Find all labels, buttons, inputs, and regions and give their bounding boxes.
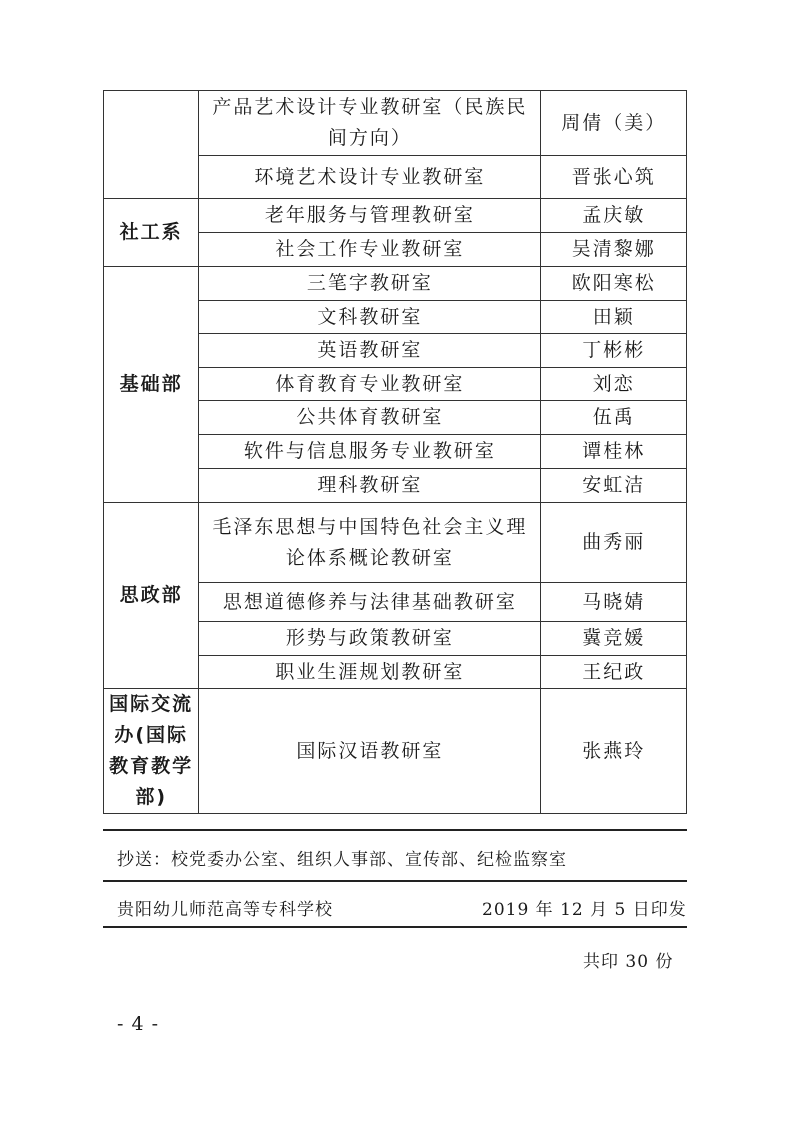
director-name-cell: 孟庆敏 [541,199,687,233]
department-cell: 国际交流办(国际教育教学部) [104,689,199,814]
department-cell: 思政部 [104,503,199,689]
copies-count: 共印 30 份 [583,947,673,972]
table-row: 国际交流办(国际教育教学部)国际汉语教研室张燕玲 [104,689,687,814]
cc-line: 抄送：校党委办公室、组织人事部、宣传部、纪检监察室 [117,845,567,870]
director-name-cell: 田颖 [541,301,687,334]
page-number: - 4 - [117,1013,159,1035]
director-name-cell: 冀竞媛 [541,622,687,656]
divider-middle [103,880,687,882]
divider-bottom [103,926,687,928]
director-name-cell: 马晓婧 [541,583,687,622]
office-cell: 思想道德修养与法律基础教研室 [199,583,541,622]
department-cell: 基础部 [104,267,199,503]
table-row: 产品艺术设计专业教研室（民族民间方向）周倩（美） [104,91,687,156]
office-cell: 理科教研室 [199,469,541,503]
office-cell: 公共体育教研室 [199,401,541,435]
department-cell: 社工系 [104,199,199,267]
director-name-cell: 张燕玲 [541,689,687,814]
table-row: 基础部三笔字教研室欧阳寒松 [104,267,687,301]
director-name-cell: 刘恋 [541,368,687,401]
office-cell: 国际汉语教研室 [199,689,541,814]
director-name-cell: 王纪政 [541,656,687,689]
office-cell: 形势与政策教研室 [199,622,541,656]
office-cell: 社会工作专业教研室 [199,233,541,267]
director-name-cell: 丁彬彬 [541,334,687,368]
office-cell: 英语教研室 [199,334,541,368]
director-name-cell: 吴清黎娜 [541,233,687,267]
department-cell [104,91,199,199]
director-name-cell: 安虹洁 [541,469,687,503]
office-cell: 毛泽东思想与中国特色社会主义理论体系概论教研室 [199,503,541,583]
divider-top [103,829,687,831]
issue-date: 2019 年 12 月 5 日印发 [482,895,687,920]
director-name-cell: 欧阳寒松 [541,267,687,301]
office-cell: 老年服务与管理教研室 [199,199,541,233]
office-cell: 产品艺术设计专业教研室（民族民间方向） [199,91,541,156]
table-row: 社工系老年服务与管理教研室孟庆敏 [104,199,687,233]
director-name-cell: 伍禹 [541,401,687,435]
director-name-cell: 谭桂林 [541,435,687,469]
teaching-office-table: 产品艺术设计专业教研室（民族民间方向）周倩（美）环境艺术设计专业教研室晋张心筑社… [103,90,687,814]
director-name-cell: 周倩（美） [541,91,687,156]
issuer: 贵阳幼儿师范高等专科学校 [117,895,333,920]
office-cell: 三笔字教研室 [199,267,541,301]
office-cell: 软件与信息服务专业教研室 [199,435,541,469]
director-name-cell: 晋张心筑 [541,156,687,199]
table-row: 思政部毛泽东思想与中国特色社会主义理论体系概论教研室曲秀丽 [104,503,687,583]
office-cell: 职业生涯规划教研室 [199,656,541,689]
director-name-cell: 曲秀丽 [541,503,687,583]
office-cell: 环境艺术设计专业教研室 [199,156,541,199]
office-cell: 文科教研室 [199,301,541,334]
office-cell: 体育教育专业教研室 [199,368,541,401]
